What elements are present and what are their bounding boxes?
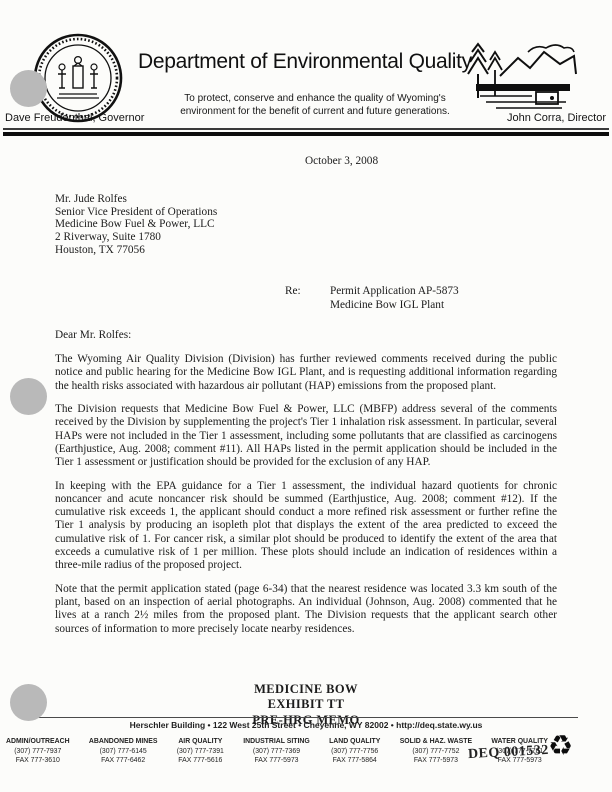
dept-land-quality: LAND QUALITY (307) 777-7756 FAX 777-5864 [329,737,380,766]
dept-admin-outreach: ADMIN/OUTREACH (307) 777-7937 FAX 777-36… [6,737,70,766]
punch-hole-top [10,70,47,107]
agency-tagline: To protect, conserve and enhance the qua… [150,93,480,118]
paragraph-3: In keeping with the EPA guidance for a T… [55,480,557,573]
mountain-scene-icon [466,40,578,123]
recycle-horse-logo-icon: ♻ [548,733,573,761]
recipient-city: Houston, TX 77056 [55,244,557,257]
letter-body: October 3, 2008 Mr. Jude Rolfes Senior V… [55,155,557,728]
paragraph-1: The Wyoming Air Quality Division (Divisi… [55,353,557,393]
wyoming-state-seal-icon [33,32,123,129]
letter-page: Department of Environmental Quality To p… [0,0,612,792]
salutation: Dear Mr. Rolfes: [55,329,557,342]
recipient-address-block: Mr. Jude Rolfes Senior Vice President of… [55,193,557,256]
tagline-line-1: To protect, conserve and enhance the qua… [150,93,480,106]
dept-solid-haz-waste: SOLID & HAZ. WASTE (307) 777-7752 FAX 77… [400,737,472,766]
exhibit-line-1: MEDICINE BOW [55,682,557,698]
recipient-street: 2 Riverway, Suite 1780 [55,231,557,244]
re-line-2: Medicine Bow IGL Plant [330,299,459,312]
punch-hole-bottom [10,684,47,721]
agency-title: Department of Environmental Quality [138,50,478,74]
dept-abandoned-mines: ABANDONED MINES (307) 777-6145 FAX 777-6… [89,737,158,766]
footer-address-line: Herschler Building • 122 West 25th Stree… [0,720,612,730]
recipient-name: Mr. Jude Rolfes [55,193,557,206]
tagline-line-2: environment for the benefit of current a… [150,106,480,119]
header-rule-thick [3,132,609,136]
letter-date: October 3, 2008 [305,155,557,168]
footer-departments: ADMIN/OUTREACH (307) 777-7937 FAX 777-36… [6,737,548,766]
dept-air-quality: AIR QUALITY (307) 777-7391 FAX 777-5616 [177,737,224,766]
re-lines: Permit Application AP-5873 Medicine Bow … [330,285,459,312]
paragraph-2: The Division requests that Medicine Bow … [55,403,557,469]
director-name: John Corra, Director [507,112,606,124]
recipient-title: Senior Vice President of Operations [55,206,557,219]
recipient-company: Medicine Bow Fuel & Power, LLC [55,218,557,231]
re-block: Re: Permit Application AP-5873 Medicine … [285,285,557,312]
paragraph-4: Note that the permit application stated … [55,583,557,636]
dept-industrial-siting: INDUSTRIAL SITING (307) 777-7369 FAX 777… [243,737,309,766]
footer-rule [38,717,578,718]
punch-hole-middle [10,378,47,415]
re-label: Re: [285,285,330,312]
re-line-1: Permit Application AP-5873 [330,285,459,298]
exhibit-line-2: EXHIBIT TT [55,697,557,713]
